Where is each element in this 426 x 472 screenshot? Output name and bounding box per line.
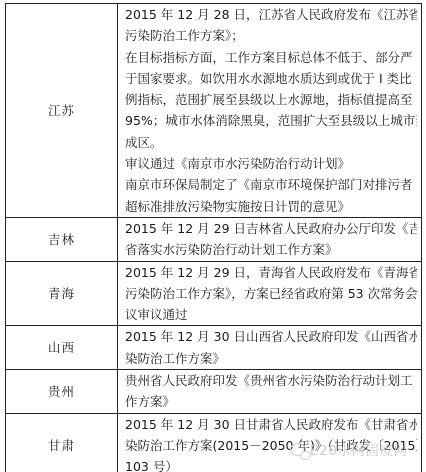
- policy-text-line: 95%；城市水体消除黑臭，范围扩大至县级以上城市建: [125, 110, 417, 131]
- policy-text-line: 例指标，范围扩展至县级以上水源地，指标值提高至: [125, 89, 417, 110]
- policy-content-cell: 2015 年 12 月 30 日山西省人民政府印发《山西省水污 染防治工作方案》: [118, 326, 422, 370]
- policy-text-line: 审议通过《南京市水污染防治行动计划》: [125, 153, 417, 174]
- policy-content-cell: 贵州省人民政府印发《贵州省水污染防治行动计划工 作方案》: [118, 370, 422, 414]
- policy-text-line: 污染防治工作方案》，方案已经省政府第 53 次常务会: [125, 283, 417, 304]
- policy-text-line: 贵州省人民政府印发《贵州省水污染防治行动计划工: [125, 370, 417, 391]
- policy-text-line: 南京市环保局制定了《南京市环境保护部门对排污者: [125, 174, 417, 195]
- wechat-icon: [290, 443, 306, 456]
- province-cell: 贵州: [6, 370, 118, 414]
- table-row: 山西 2015 年 12 月 30 日山西省人民政府印发《山西省水污 染防治工作…: [6, 326, 422, 370]
- table-row: 青海 2015 年 12 月 29 日，青海省人民政府发布《青海省水 污染防治工…: [6, 261, 422, 326]
- province-cell: 山西: [6, 326, 118, 370]
- policy-text-line: 省落实水污染防治行动计划工作方案》: [125, 239, 417, 260]
- table-row: 江苏 2015 年 12 月 28 日，江苏省人民政府发布《江苏省水 污染防治工…: [6, 4, 422, 218]
- table-row: 吉林 2015 年 12 月 29 日吉林省人民政府办公厅印发《吉林 省落实水污…: [6, 217, 422, 261]
- watermark-text: E20水网固废网: [310, 444, 408, 459]
- policy-text-line: 2015 年 12 月 29 日，青海省人民政府发布《青海省水: [125, 262, 417, 283]
- policy-text-line: 2015 年 12 月 29 日吉林省人民政府办公厅印发《吉林: [125, 218, 417, 239]
- table-row: 贵州 贵州省人民政府印发《贵州省水污染防治行动计划工 作方案》: [6, 370, 422, 414]
- province-cell: 甘肃: [6, 413, 118, 472]
- province-cell: 青海: [6, 261, 118, 326]
- policy-content-cell: 2015 年 12 月 29 日吉林省人民政府办公厅印发《吉林 省落实水污染防治…: [118, 217, 422, 261]
- policy-text-line: 染防治工作方案》: [125, 348, 417, 369]
- policy-content-cell: 2015 年 12 月 28 日，江苏省人民政府发布《江苏省水 污染防治工作方案…: [118, 4, 422, 218]
- policy-text-line: 作方案》: [125, 391, 417, 412]
- province-cell: 江苏: [6, 4, 118, 218]
- policy-text-line: 于国家要求。如饮用水水源地水质达到或优于 I 类比: [125, 68, 417, 89]
- watermark: E20水网固废网: [290, 440, 408, 459]
- policy-text-line: 2015 年 12 月 30 日山西省人民政府印发《山西省水污: [125, 326, 417, 347]
- policy-text-line: 超标准排放污染物实施按日计罚的意见》: [125, 196, 417, 217]
- province-cell: 吉林: [6, 217, 118, 261]
- provincial-policy-table: 江苏 2015 年 12 月 28 日，江苏省人民政府发布《江苏省水 污染防治工…: [5, 3, 422, 472]
- policy-text-line: 在目标指标方面，工作方案目标总体不低于、部分严: [125, 47, 417, 68]
- policy-content-cell: 2015 年 12 月 29 日，青海省人民政府发布《青海省水 污染防治工作方案…: [118, 261, 422, 326]
- policy-text-line: 成区。: [125, 132, 417, 153]
- policy-text-line: 2015 年 12 月 30 日甘肃省人民政府发布《甘肃省水污: [125, 414, 417, 435]
- policy-text-line: 2015 年 12 月 28 日，江苏省人民政府发布《江苏省水: [125, 4, 417, 25]
- policy-text-line: 污染防治工作方案》；: [125, 25, 417, 46]
- policy-text-line: 议审议通过: [125, 304, 417, 325]
